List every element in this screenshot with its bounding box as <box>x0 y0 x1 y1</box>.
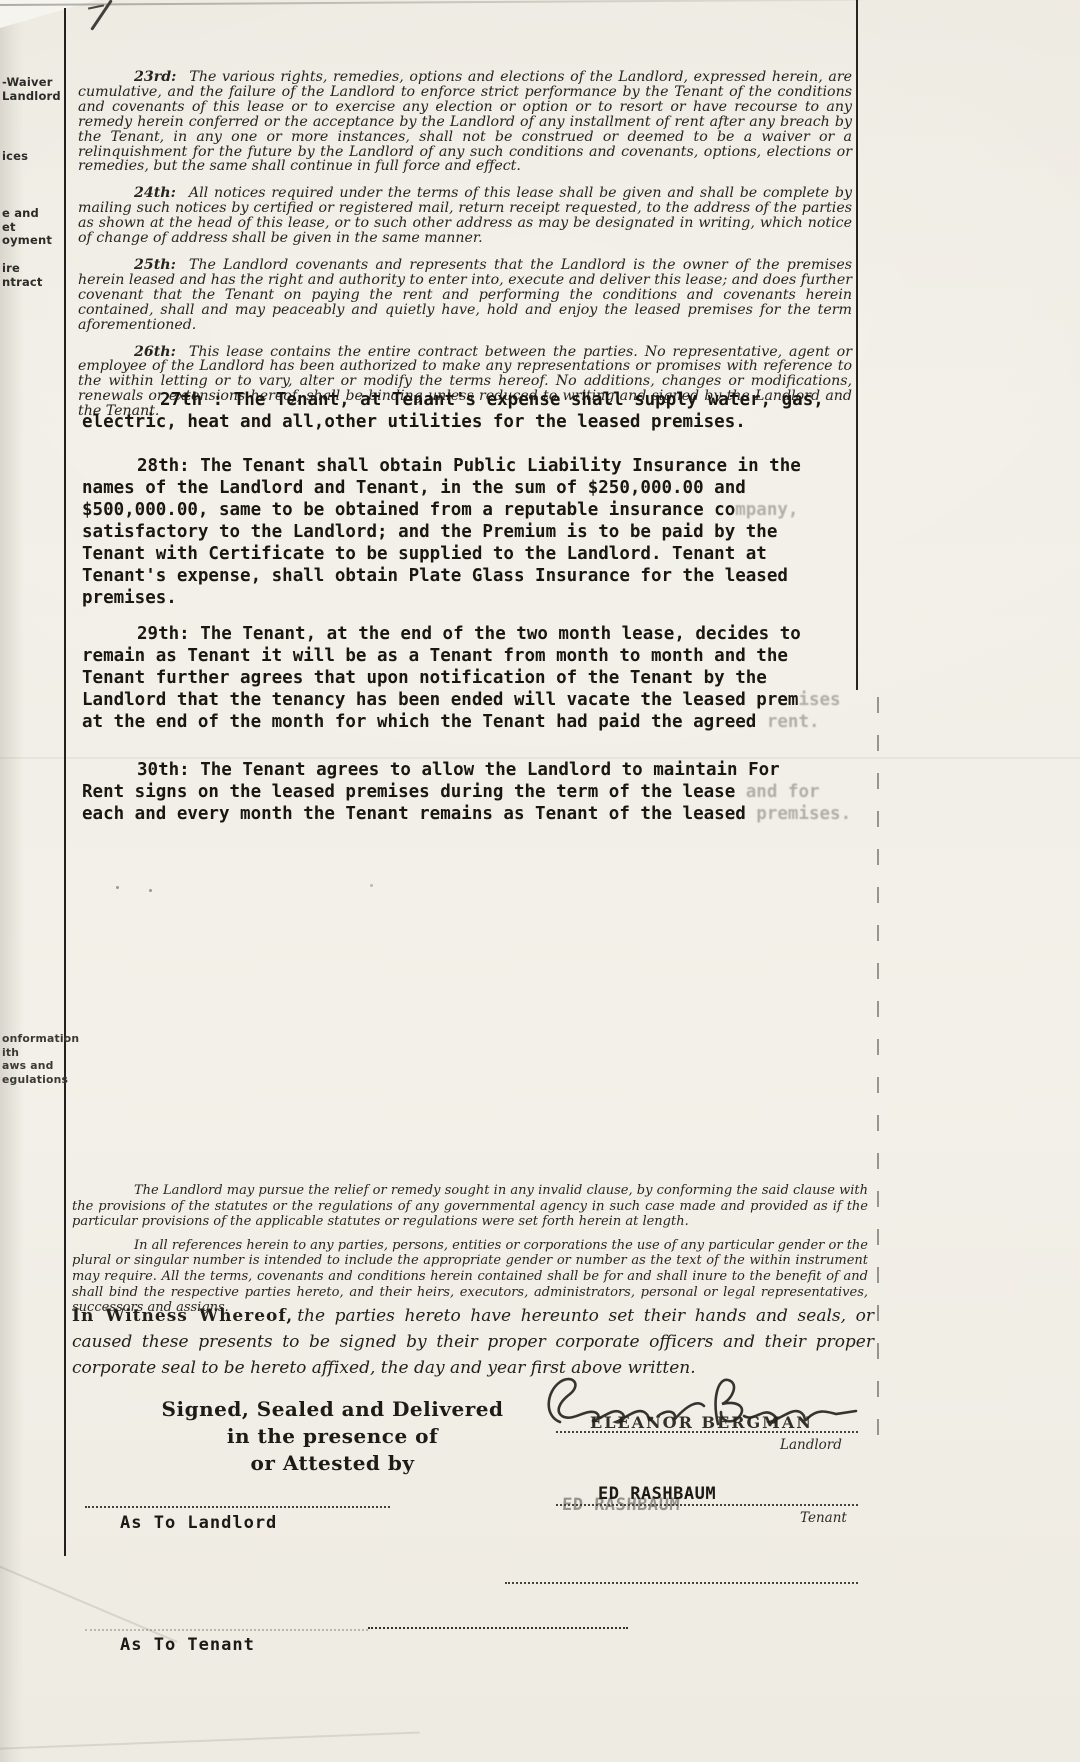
typed-line: Tenant further agrees that upon notifica… <box>82 667 858 689</box>
typed-text: satisfactory to the Landlord; and the Pr… <box>82 522 777 542</box>
margin-note-line: ices <box>2 150 60 164</box>
typed-line: 30th: The Tenant agrees to allow the Lan… <box>82 759 858 781</box>
typed-line: 28th: The Tenant shall obtain Public Lia… <box>82 455 858 477</box>
attest-line: or Attested by <box>135 1450 530 1477</box>
typed-text: 28th: The Tenant shall obtain Public Lia… <box>137 456 801 476</box>
margin-note: onformationithaws andegulations <box>2 1032 60 1086</box>
typed-line: Tenant's expense, shall obtain Plate Gla… <box>82 565 858 587</box>
typed-line: at the end of the month for which the Te… <box>82 711 858 733</box>
typed-line: Rent signs on the leased premises during… <box>82 781 858 803</box>
as-to-landlord-label: As To Landlord <box>120 1513 277 1533</box>
margin-note-line: et <box>2 221 60 235</box>
clause-number: 26th: <box>134 344 189 360</box>
blank-signature-line <box>505 1582 858 1584</box>
typed-text: remain as Tenant it will be as a Tenant … <box>82 646 788 666</box>
typed-line: each and every month the Tenant remains … <box>82 803 858 825</box>
tenant-witness-line <box>368 1627 628 1629</box>
typed-text: at the end of the month for which the Te… <box>82 712 767 732</box>
typed-text: Tenant's expense, shall obtain Plate Gla… <box>82 566 788 586</box>
landlord-typed-name: ELEANOR BERGMAN <box>590 1413 813 1432</box>
typed-text: 27th : The Tenant, at Tenant's expense s… <box>160 390 824 410</box>
printed-clauses-section: 23rd:The various rights, remedies, optio… <box>78 70 852 431</box>
tenant-signature-line <box>556 1504 858 1506</box>
margin-note: ices <box>2 150 60 164</box>
typed-line: satisfactory to the Landlord; and the Pr… <box>82 521 858 543</box>
witness-lead: In Witness Whereof, <box>72 1306 297 1326</box>
clause-number: 25th: <box>134 257 189 273</box>
margin-note: irentract <box>2 262 60 289</box>
typed-line: 27th : The Tenant, at Tenant's expense s… <box>82 389 858 411</box>
typed-text: Rent signs on the leased premises during… <box>82 782 746 802</box>
margin-note-line: aws and <box>2 1059 60 1073</box>
typewritten-clauses-section: 27th : The Tenant, at Tenant's expense s… <box>82 389 858 825</box>
typed-text: names of the Landlord and Tenant, in the… <box>82 478 746 498</box>
attestation-block: Signed, Sealed and Delivered in the pres… <box>135 1396 530 1477</box>
typed-text-faded: and for <box>746 782 820 802</box>
lease-clause-23rd: 23rd:The various rights, remedies, optio… <box>78 70 852 174</box>
typed-line: Landlord that the tenancy has been ended… <box>82 689 858 711</box>
typed-clause-30th: 30th: The Tenant agrees to allow the Lan… <box>82 759 858 825</box>
typed-text-faded: ises <box>798 690 840 710</box>
tenant-witness-line-faint <box>85 1629 368 1631</box>
margin-note-line: ire <box>2 262 60 276</box>
left-margin-rule <box>64 8 66 1556</box>
scanned-lease-page: -WaiverLandlordicese andetoymentirentrac… <box>0 0 1080 1762</box>
typed-text: 30th: The Tenant agrees to allow the Lan… <box>137 760 780 780</box>
typed-line: remain as Tenant it will be as a Tenant … <box>82 645 858 667</box>
margin-note-line: e and <box>2 207 60 221</box>
typed-text: Landlord that the tenancy has been ended… <box>82 690 798 710</box>
ink-speck <box>149 889 152 892</box>
typed-text: each and every month the Tenant remains … <box>82 804 756 824</box>
attest-line: Signed, Sealed and Delivered <box>135 1396 530 1423</box>
legal-paragraph: The Landlord may pursue the relief or re… <box>72 1183 868 1230</box>
typed-text: electric, heat and all,other utilities f… <box>82 412 746 432</box>
typed-line: names of the Landlord and Tenant, in the… <box>82 477 858 499</box>
as-to-tenant-label: As To Tenant <box>120 1635 255 1655</box>
margin-note-line: oyment <box>2 234 60 248</box>
margin-note-line: onformation <box>2 1032 60 1046</box>
typed-text: Tenant with Certificate to be supplied t… <box>82 544 767 564</box>
margin-note-line: ith <box>2 1046 60 1060</box>
ink-speck <box>116 886 119 889</box>
typed-clause-28th: 28th: The Tenant shall obtain Public Lia… <box>82 455 858 609</box>
tenant-role-label: Tenant <box>800 1510 847 1526</box>
margin-note: e andetoyment <box>2 207 60 248</box>
typed-text-faded: mpany, <box>735 500 798 520</box>
typed-text: Tenant further agrees that upon notifica… <box>82 668 767 688</box>
landlord-role-label: Landlord <box>780 1437 842 1453</box>
margin-note-line: -Waiver <box>2 76 60 90</box>
clause-number: 24th: <box>134 185 189 201</box>
clause-number: 23rd: <box>134 69 189 85</box>
attest-line: in the presence of <box>135 1423 530 1450</box>
clause-text: All notices required under the terms of … <box>78 185 852 246</box>
bottom-crease <box>0 1731 420 1750</box>
typed-line: 29th: The Tenant, at the end of the two … <box>82 623 858 645</box>
typed-clause-29th: 29th: The Tenant, at the end of the two … <box>82 623 858 733</box>
typed-line: $500,000.00, same to be obtained from a … <box>82 499 858 521</box>
typed-text-faded: rent. <box>767 712 820 732</box>
tenant-name-stamp: ED RASHBAUM <box>598 1484 716 1504</box>
typed-line: premises. <box>82 587 858 609</box>
typed-clause-27th: 27th : The Tenant, at Tenant's expense s… <box>82 389 858 433</box>
clause-text: The Landlord covenants and represents th… <box>78 257 852 333</box>
typed-text: premises. <box>82 588 177 608</box>
paper-top-edge <box>0 0 860 6</box>
witness-signature-line <box>85 1506 390 1508</box>
right-fold-line <box>877 697 879 1457</box>
typed-text: $500,000.00, same to be obtained from a … <box>82 500 735 520</box>
ink-speck <box>370 884 373 887</box>
lease-clause-24th: 24th:All notices required under the term… <box>78 186 852 246</box>
clause-text: The various rights, remedies, options an… <box>78 69 852 174</box>
margin-note-line: egulations <box>2 1073 60 1087</box>
typed-text: 29th: The Tenant, at the end of the two … <box>137 624 801 644</box>
typed-line: Tenant with Certificate to be supplied t… <box>82 543 858 565</box>
lease-clause-25th: 25th:The Landlord covenants and represen… <box>78 258 852 333</box>
typed-text-faded: premises. <box>756 804 851 824</box>
margin-note: -WaiverLandlord <box>2 76 60 103</box>
typed-line: electric, heat and all,other utilities f… <box>82 411 858 433</box>
margin-note-line: Landlord <box>2 90 60 104</box>
margin-notes: -WaiverLandlordicese andetoymentirentrac… <box>2 0 60 1762</box>
margin-note-line: ntract <box>2 276 60 290</box>
